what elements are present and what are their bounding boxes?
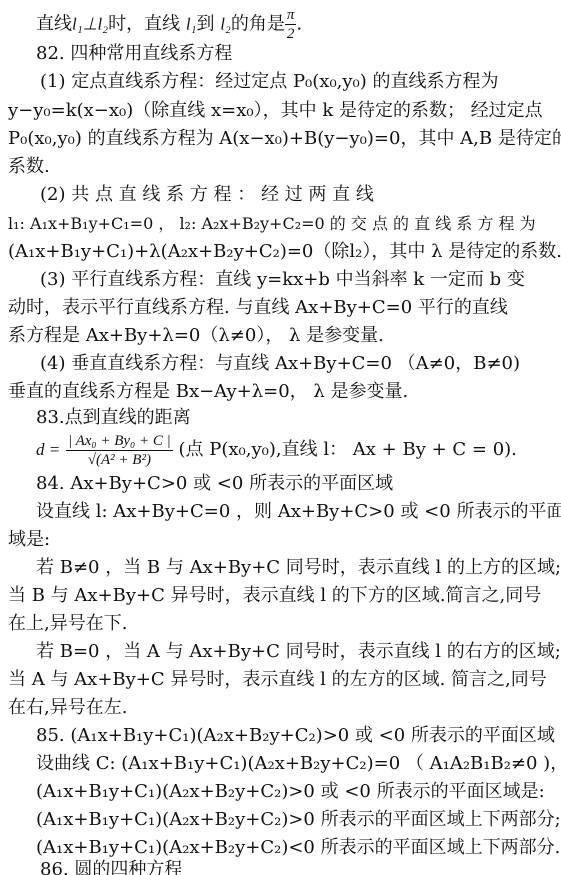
text-line: 当 A 与 Ax+By+C 异号时，表示直线 l 的左方的区域. 简言之,同号 <box>8 668 547 692</box>
math: l₁⊥l₂ <box>72 15 108 34</box>
text-line: 系方程是 Ax+By+λ=0（λ≠0）， λ 是参变量. <box>8 324 384 348</box>
text: 到 <box>196 14 214 35</box>
text-line: 设曲线 C: (A₁x+B₁y+C₁)(A₂x+B₂y+C₂)=0 （ A₁A₂… <box>36 752 561 776</box>
text-line: (A₁x+B₁y+C₁)(A₂x+B₂y+C₂)>0 所表示的平面区域上下两部分… <box>36 808 561 832</box>
denominator: 2 <box>285 25 297 43</box>
text-line: (4) 垂直直线系方程：与直线 Ax+By+C=0 （A≠0，B≠0) <box>40 352 520 376</box>
text-line: 当 B 与 Ax+By+C 异号时，表示直线 l 的下方的区域.简言之,同号 <box>8 584 541 608</box>
section-heading-84: 84. Ax+By+C>0 或 <0 所表示的平面区域 <box>36 472 393 496</box>
text-line: y−y₀=k(x−x₀)（除直线 x=x₀），其中 k 是待定的系数； 经过定点 <box>8 99 543 123</box>
text-line: 系数. <box>8 155 50 179</box>
math: l₁ <box>186 15 197 34</box>
text-line: l₁: A₁x+B₁y+C₁=0 ， l₂: A₂x+B₂y+C₂=0 的 交 … <box>8 212 536 236</box>
text-line: 域是: <box>8 528 50 552</box>
text: . <box>296 14 302 35</box>
text-line: (2) 共 点 直 线 系 方 程 ： 经 过 两 直 线 <box>40 183 374 207</box>
text-line: (A₁x+B₁y+C₁)(A₂x+B₂y+C₂)>0 或 <0 所表示的平面区域… <box>36 780 545 804</box>
text-line: P₀(x₀,y₀) 的直线系方程为 A(x−x₀)+B(y−y₀)=0，其中 A… <box>8 127 561 151</box>
denominator: √(A² + B²) <box>66 451 173 469</box>
text-line: 若 B=0 ，当 A 与 Ax+By+C 同号时，表示直线 l 的右方的区域; <box>36 640 561 664</box>
math: l₂ <box>220 15 231 34</box>
text-line: 若 B≠0 ，当 B 与 Ax+By+C 同号时，表示直线 l 的上方的区域; <box>36 556 561 580</box>
distance-formula: d = | Ax₀ + By₀ + C |√(A² + B²) (点 P(x₀,… <box>36 430 517 470</box>
text-line: 在上,异号在下. <box>8 612 127 636</box>
text: 的角是 <box>231 14 285 35</box>
numerator: | Ax₀ + By₀ + C | <box>66 432 173 451</box>
section-heading-85: 85. (A₁x+B₁y+C₁)(A₂x+B₂y+C₂)>0 或 <0 所表示的… <box>36 724 555 748</box>
fraction-pi-over-2: π2 <box>285 6 297 43</box>
text-line: (A₁x+B₁y+C₁)+λ(A₂x+B₂y+C₂)=0（除l₂），其中 λ 是… <box>8 240 561 264</box>
text-line: (1) 定点直线系方程：经过定点 P₀(x₀,y₀) 的直线系方程为 <box>40 70 499 94</box>
numerator: π <box>285 6 297 25</box>
text-line-angle: 直线l₁⊥l₂时，直线 l₁到 l₂的角是π2. <box>36 6 302 43</box>
text-line: (3) 平行直线系方程：直线 y=kx+b 中当斜率 k 一定而 b 变 <box>40 268 525 292</box>
text-line: 设直线 l: Ax+By+C=0 ，则 Ax+By+C>0 或 <0 所表示的平… <box>36 500 561 524</box>
text: (点 P(x₀,y₀),直线 l： Ax + By + C = 0). <box>179 439 517 460</box>
section-heading-83: 83.点到直线的距离 <box>36 406 191 430</box>
text-line: (A₁x+B₁y+C₁)(A₂x+B₂y+C₂)<0 所表示的平面区域上下两部分… <box>36 836 560 860</box>
text-line: 动时，表示平行直线系方程. 与直线 Ax+By+C=0 平行的直线 <box>8 296 508 320</box>
math: d = <box>36 440 60 459</box>
fraction-distance: | Ax₀ + By₀ + C |√(A² + B²) <box>66 432 173 469</box>
text-line: 垂直的直线系方程是 Bx−Ay+λ=0， λ 是参变量. <box>8 380 408 404</box>
text-line: 在右,异号在左. <box>8 696 127 720</box>
text: 时，直线 <box>108 14 180 35</box>
section-heading-82: 82. 四种常用直线系方程 <box>36 42 232 66</box>
text: 直线 <box>36 14 72 35</box>
section-heading-86: 86. 圆的四种方程 <box>40 858 182 875</box>
